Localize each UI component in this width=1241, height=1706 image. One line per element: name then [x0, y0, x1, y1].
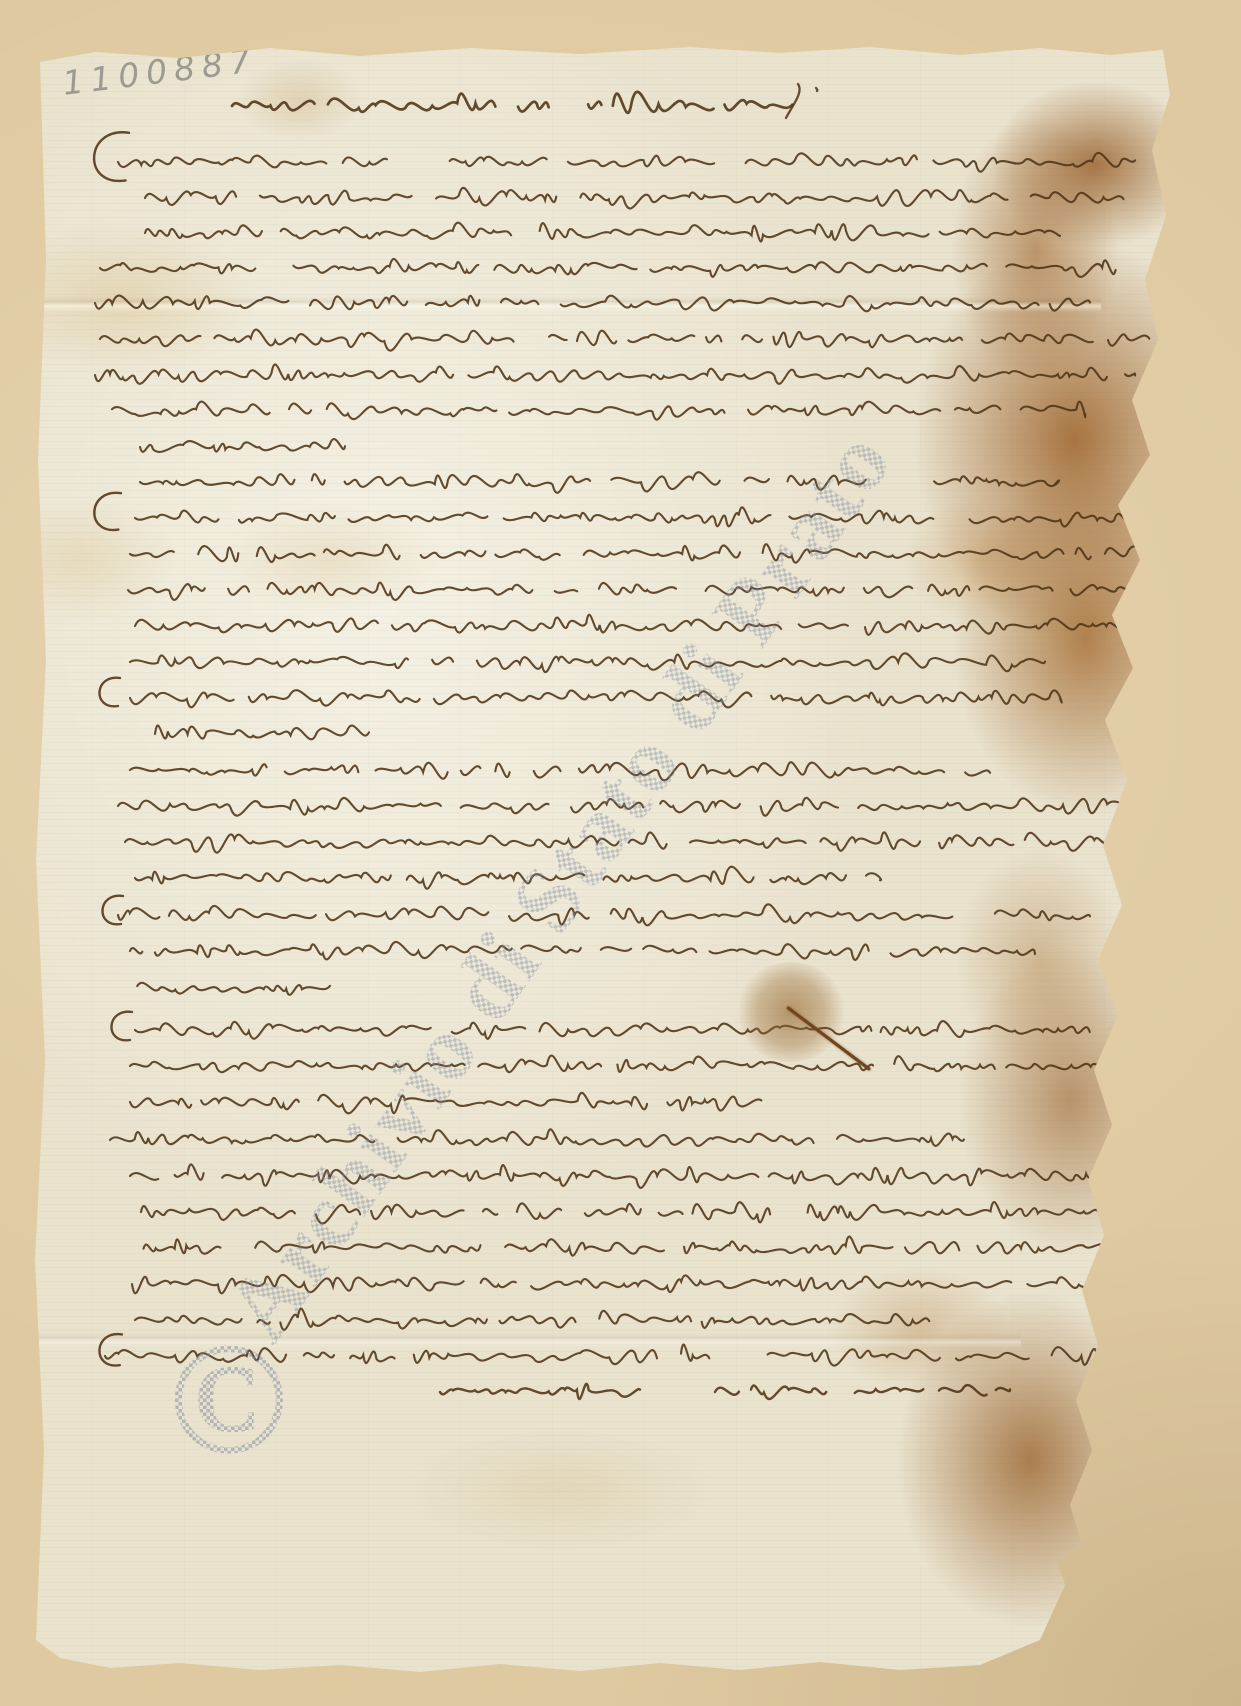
manuscript-page: 1100887 © Archivio di Stato di Prato	[0, 0, 1241, 1706]
burn-edge-rim	[0, 0, 1241, 1706]
scan-background: 1100887 © Archivio di Stato di Prato	[0, 0, 1241, 1706]
